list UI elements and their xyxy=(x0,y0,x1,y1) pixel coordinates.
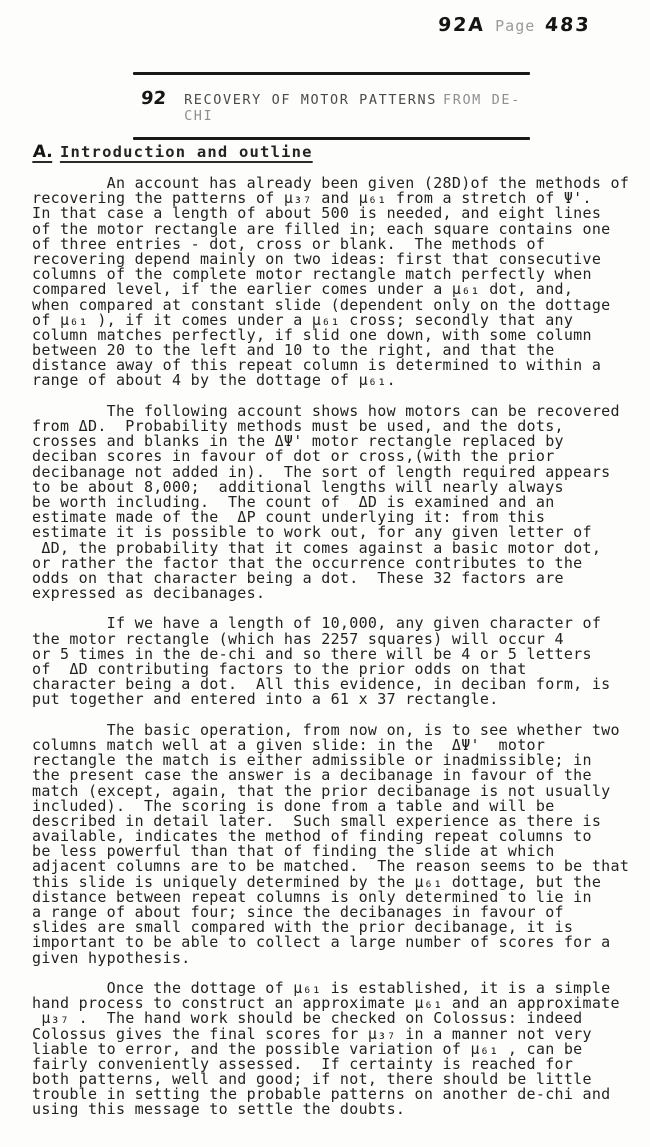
document-page: 92A Page 483 92 RECOVERY OF MOTOR PATTER… xyxy=(0,0,650,1147)
chapter-header: 92 RECOVERY OF MOTOR PATTERNSFROM DE-CHI xyxy=(133,72,530,140)
document-body: An account has already been given (28D)o… xyxy=(32,176,644,1133)
section-heading: A. Introduction and outline xyxy=(33,142,313,162)
text-line: put together and entered into a 61 x 37 … xyxy=(32,692,644,707)
section-title: Introduction and outline xyxy=(60,143,313,161)
page-stamp: 92A Page 483 xyxy=(438,14,591,36)
paragraph: The following account shows how motors c… xyxy=(32,404,644,601)
text-line: range of about 4 by the dottage of μ₆₁. xyxy=(32,373,644,388)
chapter-number: 92 xyxy=(140,88,167,109)
text-line: given hypothesis. xyxy=(32,951,644,966)
paragraph: If we have a length of 10,000, any given… xyxy=(32,616,644,707)
stamp-page-number: 483 xyxy=(545,14,592,36)
text-line: using this message to settle the doubts. xyxy=(32,1102,644,1117)
chapter-title-main: RECOVERY OF MOTOR PATTERNS xyxy=(184,92,437,108)
text-line: expressed as decibanages. xyxy=(32,586,644,601)
stamp-section-ref: 92A xyxy=(437,14,486,36)
paragraph: Once the dottage of μ₆₁ is established, … xyxy=(32,981,644,1118)
chapter-header-row: 92 RECOVERY OF MOTOR PATTERNSFROM DE-CHI xyxy=(133,75,530,137)
section-label: A. xyxy=(32,142,53,162)
header-rule-bottom xyxy=(133,137,530,140)
paragraph: The basic operation, from now on, is to … xyxy=(32,723,644,966)
chapter-title: RECOVERY OF MOTOR PATTERNSFROM DE-CHI xyxy=(184,92,530,124)
paragraph: An account has already been given (28D)o… xyxy=(32,176,644,389)
stamp-page-label: Page xyxy=(495,17,535,35)
